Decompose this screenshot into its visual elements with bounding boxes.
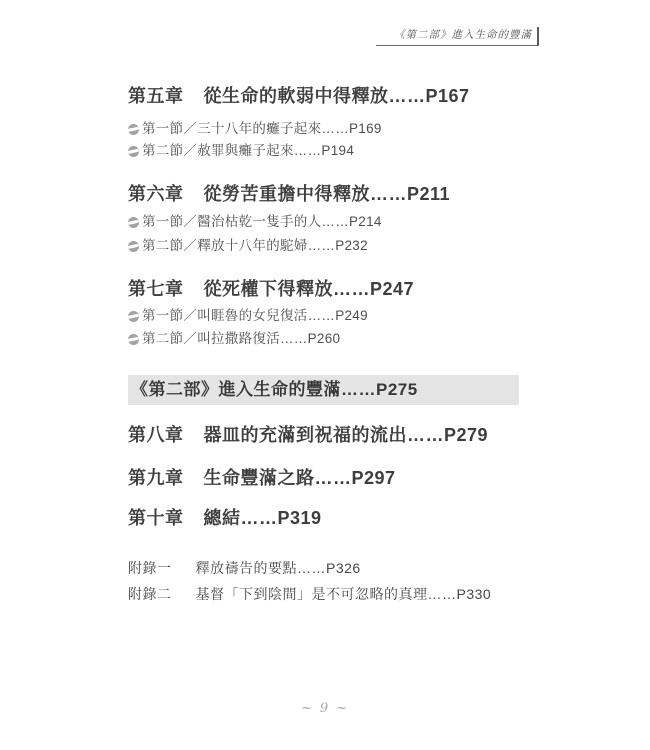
chapter-title: 從勞苦重擔中得釋放……P211 xyxy=(204,184,451,204)
subsection-text: 第二節／叫拉撒路復活……P260 xyxy=(142,328,340,350)
subsection-text: 第二節／釋放十八年的駝婦……P232 xyxy=(142,235,368,257)
part-divider-row: 《第二部》進入生命的豐滿……P275 xyxy=(128,375,519,405)
toc-chapter-row: 第十章總結……P319 xyxy=(128,507,558,529)
chapter-number: 第六章 xyxy=(128,183,184,205)
table-of-contents: 第五章從生命的軟弱中得釋放……P167 第一節／三十八年的癱子起來……P169 … xyxy=(128,0,558,606)
chapter-number: 第八章 xyxy=(128,424,184,446)
toc-chapter-row: 第五章從生命的軟弱中得釋放……P167 xyxy=(128,85,558,107)
toc-chapter-row: 第九章生命豐滿之路……P297 xyxy=(128,467,558,489)
toc-chapter-row: 第七章從死權下得釋放……P247 xyxy=(128,278,558,300)
appendix-title: 基督「下到陰間」是不可忽略的真理……P330 xyxy=(196,586,492,602)
subsection-text: 第一節／叫睚魯的女兒復活……P249 xyxy=(142,305,368,327)
appendix-title: 釋放禱告的要點……P326 xyxy=(196,560,361,576)
book-toc-page: 《第二部》進入生命的豐滿 第五章從生命的軟弱中得釋放……P167 第一節／三十八… xyxy=(0,0,650,750)
toc-chapter-row: 第六章從勞苦重擔中得釋放……P211 xyxy=(128,183,558,205)
appendix-number: 附錄一 xyxy=(128,556,172,580)
subsection-bullet-icon xyxy=(128,146,139,157)
chapter-number: 第五章 xyxy=(128,85,184,107)
toc-subsection-row: 第二節／叫拉撒路復活……P260 xyxy=(128,328,558,350)
subsection-bullet-icon xyxy=(128,311,139,322)
chapter-title: 從死權下得釋放……P247 xyxy=(204,279,415,299)
subsection-bullet-icon xyxy=(128,217,139,228)
chapter-title: 器皿的充滿到祝福的流出……P279 xyxy=(204,425,489,445)
toc-subsection-row: 第一節／醫治枯乾一隻手的人……P214 xyxy=(128,211,558,233)
chapter-number: 第七章 xyxy=(128,278,184,300)
subsection-bullet-icon xyxy=(128,334,139,345)
chapter-title: 總結……P319 xyxy=(204,508,322,528)
subsection-bullet-icon xyxy=(128,241,139,252)
subsection-bullet-icon xyxy=(128,124,139,135)
appendix-number: 附錄二 xyxy=(128,582,172,606)
toc-subsection-row: 第二節／釋放十八年的駝婦……P232 xyxy=(128,235,558,257)
subsection-text: 第二節／赦罪與癱子起來……P194 xyxy=(142,140,354,162)
toc-appendix-row: 附錄一釋放禱告的要點……P326 xyxy=(128,556,558,580)
toc-subsection-row: 第二節／赦罪與癱子起來……P194 xyxy=(128,140,558,162)
part-divider-text: 《第二部》進入生命的豐滿……P275 xyxy=(131,380,418,399)
toc-appendix-row: 附錄二基督「下到陰間」是不可忽略的真理……P330 xyxy=(128,582,558,606)
toc-subsection-row: 第一節／叫睚魯的女兒復活……P249 xyxy=(128,305,558,327)
chapter-number: 第九章 xyxy=(128,467,184,489)
chapter-title: 從生命的軟弱中得釋放……P167 xyxy=(204,86,470,106)
chapter-title: 生命豐滿之路……P297 xyxy=(204,468,396,488)
subsection-text: 第一節／醫治枯乾一隻手的人……P214 xyxy=(142,211,382,233)
page-number: ~ 9 ~ xyxy=(301,701,349,716)
subsection-text: 第一節／三十八年的癱子起來……P169 xyxy=(142,118,382,140)
page-footer: ~ 9 ~ xyxy=(0,701,650,716)
chapter-number: 第十章 xyxy=(128,507,184,529)
toc-subsection-row: 第一節／三十八年的癱子起來……P169 xyxy=(128,118,558,140)
toc-chapter-row: 第八章器皿的充滿到祝福的流出……P279 xyxy=(128,424,558,446)
